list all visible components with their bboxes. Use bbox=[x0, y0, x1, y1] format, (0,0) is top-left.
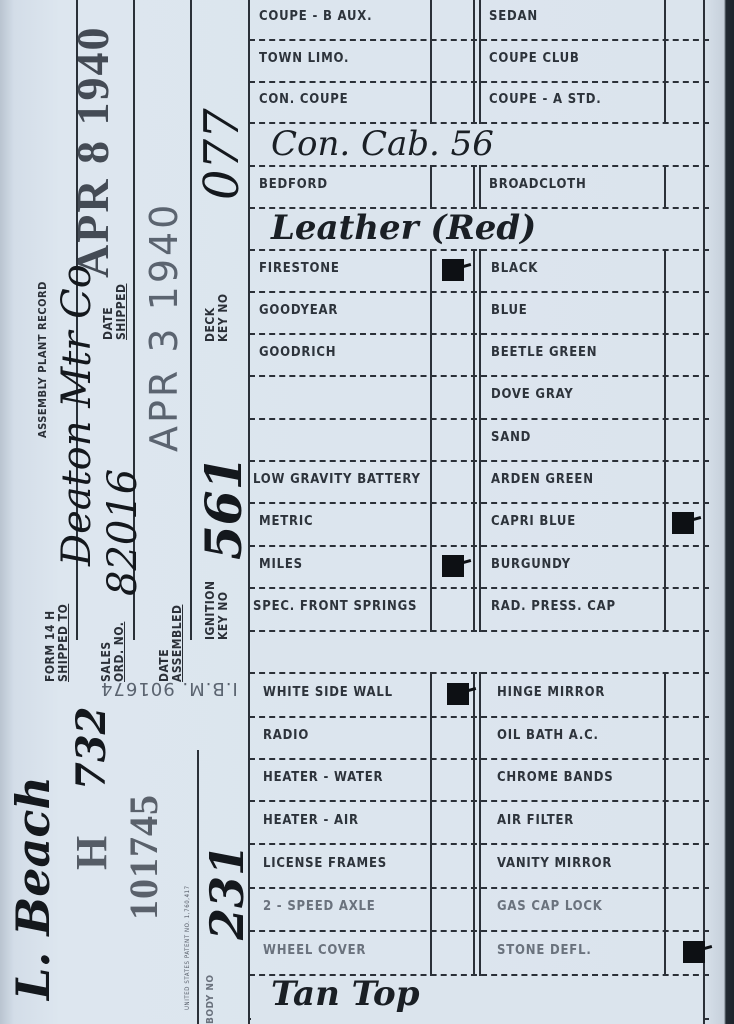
accessory-checkbox-left[interactable] bbox=[432, 717, 472, 757]
date-shipped-value: APR 8 1940 bbox=[66, 25, 119, 278]
checkbox-mark-filled[interactable] bbox=[442, 259, 464, 281]
option-checkbox-right[interactable] bbox=[666, 250, 702, 290]
option-checkbox-left[interactable] bbox=[432, 461, 472, 501]
option-label: AIR FILTER bbox=[497, 813, 574, 828]
left-divider-4 bbox=[197, 750, 199, 1024]
row-line bbox=[249, 460, 709, 462]
option-label: HEATER - AIR bbox=[263, 813, 359, 828]
option-label: BEDFORD bbox=[259, 177, 328, 192]
date-shipped-label: DATESHIPPED bbox=[102, 284, 128, 341]
row-line bbox=[249, 291, 709, 293]
option-label: SAND bbox=[491, 430, 531, 445]
grid-right-border bbox=[703, 0, 705, 1024]
shipped-to-value: Deaton Mtr Co bbox=[54, 264, 100, 566]
sales-ord-no-label: SALESORD. NO. bbox=[100, 622, 126, 682]
row-line bbox=[249, 502, 709, 504]
row-line bbox=[249, 800, 709, 802]
row-line bbox=[249, 887, 709, 889]
row-line bbox=[249, 843, 709, 845]
option-checkbox-left[interactable] bbox=[432, 334, 472, 374]
row-line bbox=[249, 81, 709, 83]
checkbox-mark-filled[interactable] bbox=[447, 683, 469, 705]
accessory-checkbox-right[interactable] bbox=[666, 802, 702, 842]
option-label: GAS CAP LOCK bbox=[497, 899, 603, 914]
accessory-checkbox-left[interactable] bbox=[432, 932, 472, 972]
date-assembled-value: APR 3 1940 bbox=[142, 202, 186, 452]
option-checkbox-left[interactable] bbox=[432, 503, 472, 543]
serial-prefix: H bbox=[66, 836, 117, 870]
option-label: LOW GRAVITY BATTERY bbox=[253, 472, 421, 487]
row-line bbox=[249, 587, 709, 589]
row-line bbox=[249, 165, 709, 167]
option-label: CAPRI BLUE bbox=[491, 514, 576, 529]
inspector-name: L. Beach bbox=[6, 776, 60, 1000]
body-no-value: 231 bbox=[200, 844, 254, 940]
row-line bbox=[249, 545, 709, 547]
option-label: GOODRICH bbox=[259, 345, 336, 360]
option-checkbox-right[interactable] bbox=[666, 334, 702, 374]
option-label: HEATER - WATER bbox=[263, 770, 383, 785]
date-assembled-label: DATEASSEMBLED bbox=[158, 605, 184, 682]
ignition-key-value: 561 bbox=[194, 456, 253, 560]
option-label: WHEEL COVER bbox=[263, 943, 366, 958]
option-label: COUPE - A STD. bbox=[489, 92, 601, 107]
row-line bbox=[249, 375, 709, 377]
row-line bbox=[249, 758, 709, 760]
option-label: BROADCLOTH bbox=[489, 177, 587, 192]
row-line bbox=[249, 716, 709, 718]
checkbox-mark-filled[interactable] bbox=[672, 512, 694, 534]
deck-key-value: 077 bbox=[194, 108, 250, 200]
row-line bbox=[249, 672, 709, 674]
option-label: FIRESTONE bbox=[259, 261, 340, 276]
form-label: FORM 14 HSHIPPED TO bbox=[44, 604, 70, 682]
document-title: ASSEMBLY PLANT RECORD bbox=[36, 281, 49, 438]
handwritten-body-style: Con. Cab. 56 bbox=[271, 124, 494, 164]
row-line bbox=[249, 418, 709, 420]
handwritten-upholstery: Leather (Red) bbox=[271, 208, 536, 248]
option-label: RADIO bbox=[263, 728, 309, 743]
option-label: VANITY MIRROR bbox=[497, 856, 612, 871]
accessory-checkbox-right[interactable] bbox=[666, 717, 702, 757]
option-label: CON. COUPE bbox=[259, 92, 348, 107]
option-checkbox-right[interactable] bbox=[666, 461, 702, 501]
option-label: TOWN LIMO. bbox=[259, 51, 349, 66]
accessory-checkbox-left[interactable] bbox=[432, 802, 472, 842]
option-label: BLUE bbox=[491, 303, 528, 318]
inspector-number: 732 bbox=[68, 707, 115, 791]
row-line bbox=[249, 249, 709, 251]
option-label: CHROME BANDS bbox=[497, 770, 614, 785]
option-label: BEETLE GREEN bbox=[491, 345, 597, 360]
accessory-checkbox-left[interactable] bbox=[432, 759, 472, 799]
accessory-checkbox-right[interactable] bbox=[666, 674, 702, 714]
accessory-checkbox-right[interactable] bbox=[666, 888, 702, 928]
option-label: WHITE SIDE WALL bbox=[263, 685, 393, 700]
accessory-checkbox-left[interactable] bbox=[432, 845, 472, 885]
row-line bbox=[249, 333, 709, 335]
ibm-number: I.B.M. 901674 bbox=[100, 678, 238, 699]
sales-ord-no-value: 82016 bbox=[100, 469, 146, 596]
option-label: OIL BATH A.C. bbox=[497, 728, 599, 743]
option-label: RAD. PRESS. CAP bbox=[491, 599, 616, 614]
option-label: METRIC bbox=[259, 514, 313, 529]
option-label: STONE DEFL. bbox=[497, 943, 592, 958]
option-label: MILES bbox=[259, 557, 303, 572]
option-checkbox-left[interactable] bbox=[432, 419, 472, 459]
patent-text: UNITED STATES PATENT NO. 1,760,417 bbox=[184, 885, 191, 1010]
option-label: COUPE - B AUX. bbox=[259, 9, 372, 24]
option-label: SEDAN bbox=[489, 9, 538, 24]
option-checkbox-right[interactable] bbox=[666, 588, 702, 628]
option-label: BURGUNDY bbox=[491, 557, 571, 572]
option-checkbox-right[interactable] bbox=[666, 292, 702, 332]
option-label: ARDEN GREEN bbox=[491, 472, 594, 487]
serial-number: 101745 bbox=[120, 794, 167, 920]
option-checkbox-right[interactable] bbox=[666, 419, 702, 459]
ignition-key-label: IGNITIONKEY NO bbox=[204, 580, 230, 640]
accessory-checkbox-left[interactable] bbox=[432, 888, 472, 928]
option-checkbox-left[interactable] bbox=[432, 376, 472, 416]
options-grid: COUPE - B AUX.TOWN LIMO.CON. COUPESEDANC… bbox=[249, 0, 709, 1024]
option-checkbox-left[interactable] bbox=[432, 588, 472, 628]
option-label: LICENSE FRAMES bbox=[263, 856, 387, 871]
option-checkbox-left[interactable] bbox=[432, 292, 472, 332]
body-no-label: BODY NO bbox=[204, 974, 217, 1024]
option-label: GOODYEAR bbox=[259, 303, 338, 318]
option-checkbox-right[interactable] bbox=[666, 376, 702, 416]
row-line bbox=[249, 930, 709, 932]
option-checkbox-right[interactable] bbox=[666, 546, 702, 586]
row-line bbox=[249, 39, 709, 41]
option-label: 2 - SPEED AXLE bbox=[263, 899, 376, 914]
assembly-plant-record-card: FORM 14 HSHIPPED TO ASSEMBLY PLANT RECOR… bbox=[0, 0, 734, 1024]
merged-row bbox=[251, 632, 702, 672]
accessory-checkbox-right[interactable] bbox=[666, 845, 702, 885]
left-divider-3 bbox=[190, 0, 192, 640]
accessory-checkbox-right[interactable] bbox=[666, 759, 702, 799]
checkbox-mark-filled[interactable] bbox=[683, 941, 705, 963]
option-label: HINGE MIRROR bbox=[497, 685, 605, 700]
deck-key-label: DECKKEY NO bbox=[204, 293, 230, 342]
option-label: BLACK bbox=[491, 261, 538, 276]
option-label: DOVE GRAY bbox=[491, 387, 574, 402]
checkbox-mark-filled[interactable] bbox=[442, 555, 464, 577]
handwritten-top-note: Tan Top bbox=[271, 974, 419, 1014]
option-label: SPEC. FRONT SPRINGS bbox=[253, 599, 417, 614]
option-label: COUPE CLUB bbox=[489, 51, 580, 66]
